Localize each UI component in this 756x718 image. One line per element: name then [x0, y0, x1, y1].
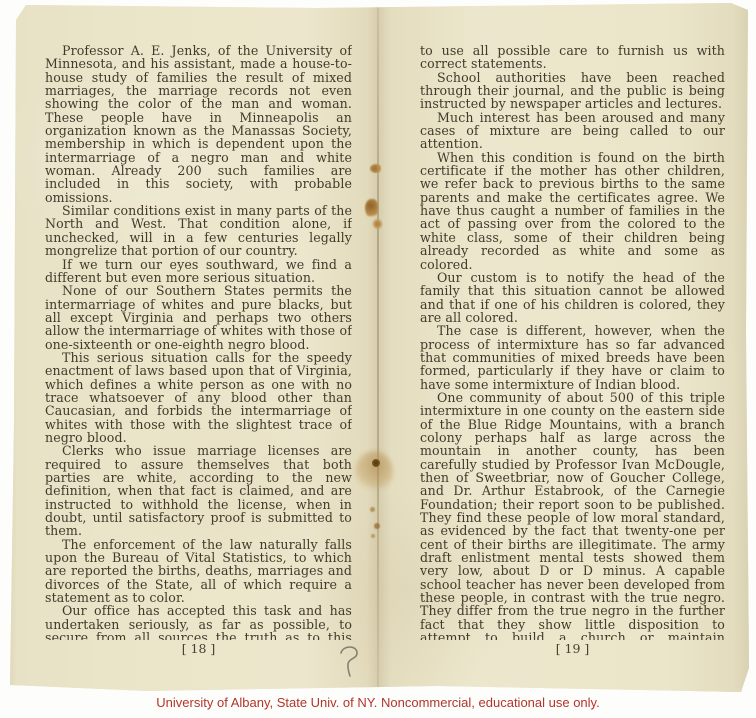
paragraph: Clerks who issue marriage licenses are r…: [45, 444, 352, 537]
foxing-stain: [370, 164, 382, 173]
left-page-number: [ 18 ]: [45, 641, 352, 656]
paragraph: This serious situation calls for the spe…: [45, 351, 352, 444]
foxing-stain: [370, 507, 375, 512]
paragraph: to use all possible care to furnish us w…: [420, 44, 725, 71]
paragraph: The case is different, however, when the…: [420, 324, 725, 391]
paragraph: The enforcement of the law naturally fal…: [45, 538, 352, 605]
paragraph: If we turn our eyes southward, we find a…: [45, 258, 352, 285]
paragraph: School authorities have been reached thr…: [420, 71, 725, 111]
book-page-spread: Professor A. E. Jenks, of the University…: [7, 3, 749, 692]
right-page-number: [ 19 ]: [420, 641, 725, 656]
left-page-text: Professor A. E. Jenks, of the University…: [45, 44, 352, 640]
right-page-text: to use all possible care to furnish us w…: [420, 44, 725, 640]
paragraph: When this condition is found on the birt…: [420, 151, 725, 271]
page-gutter-crease: [377, 3, 379, 692]
usage-caption: University of Albany, State Univ. of NY.…: [0, 695, 756, 710]
foxing-stain: [355, 451, 393, 493]
scanned-document: Professor A. E. Jenks, of the University…: [0, 0, 756, 718]
pencil-mark: [335, 643, 363, 679]
paragraph: One community of about 500 of this tripl…: [420, 391, 725, 640]
paragraph: None of our Southern States permits the …: [45, 284, 352, 351]
paragraph: Much interest has been aroused and many …: [420, 111, 725, 151]
paragraph: Our office has accepted this task and ha…: [45, 604, 352, 640]
paragraph: Our custom is to notify the head of the …: [420, 271, 725, 324]
paragraph: Similar conditions exist in many parts o…: [45, 204, 352, 257]
paragraph: Professor A. E. Jenks, of the University…: [45, 44, 352, 204]
foxing-stain: [371, 534, 375, 538]
